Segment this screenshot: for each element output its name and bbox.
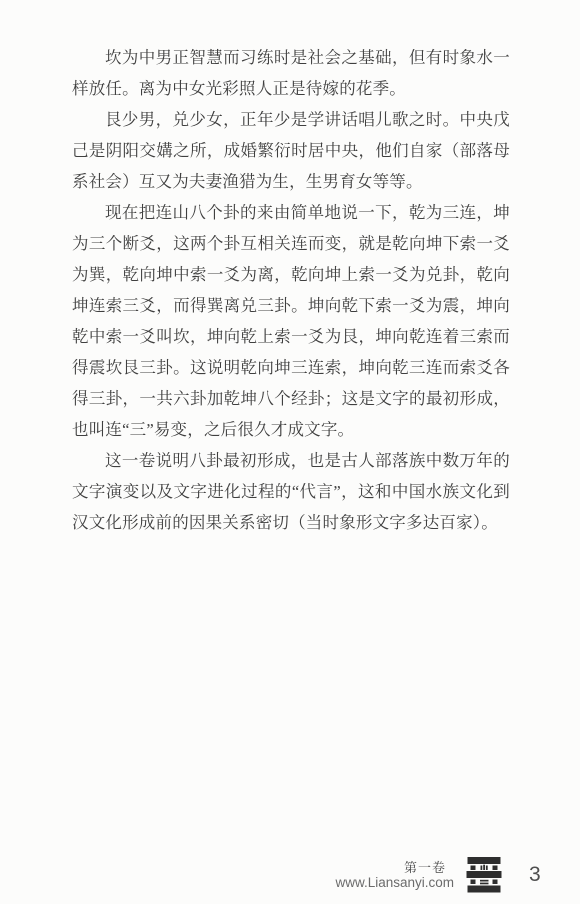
paragraph-3: 现在把连山八个卦的来由简单地说一下，乾为三连，坤为三个断爻，这两个卦互相关连而变… — [72, 197, 510, 445]
page-number: 3 — [529, 863, 541, 887]
page-footer: 第一卷 www.Liansanyi.com — [326, 855, 541, 895]
footer-labels: 第一卷 www.Liansanyi.com — [326, 860, 454, 891]
website-url: www.Liansanyi.com — [335, 875, 454, 891]
paragraph-1: 坎为中男正智慧而习练时是社会之基础，但有时象水一样放任。离为中女光彩照人正是待嫁… — [72, 42, 510, 104]
paragraph-2: 艮少男，兑少女，正年少是学讲话唱儿歌之时。中央戊己是阴阳交媾之所，成婚繁衍时居中… — [72, 104, 510, 197]
body-text: 坎为中男正智慧而习练时是社会之基础，但有时象水一样放任。离为中女光彩照人正是待嫁… — [72, 42, 510, 538]
book-page: 坎为中男正智慧而习练时是社会之基础，但有时象水一样放任。离为中女光彩照人正是待嫁… — [0, 0, 580, 904]
paragraph-4: 这一卷说明八卦最初形成，也是古人部落族中数万年的文字演变以及文字进化过程的“代言… — [72, 445, 510, 538]
volume-label: 第一卷 — [404, 860, 446, 875]
liansanyi-trigram-logo-icon — [465, 855, 503, 895]
